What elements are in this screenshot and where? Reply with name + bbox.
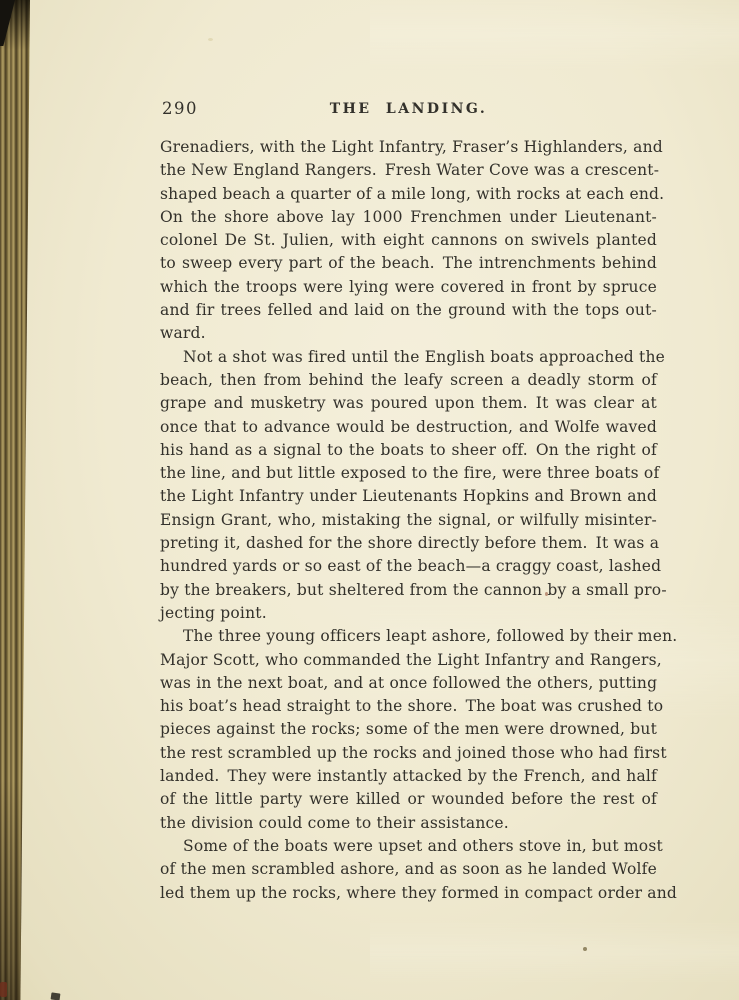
text-line: the New England Rangers. Fresh Water Cov… — [160, 159, 657, 182]
text-line: beach, then from behind the leafy screen… — [160, 369, 657, 392]
text-line: once that to advance would be destructio… — [160, 416, 657, 439]
text-line: of the little party were killed or wound… — [160, 788, 657, 811]
text-line: which the troops were lying were covered… — [160, 276, 657, 299]
text-line: hundred yards or so east of the beach—a … — [160, 555, 657, 578]
dust-speck — [208, 38, 213, 41]
text-line: and fir trees felled and laid on the gro… — [160, 299, 657, 322]
text-line: the line, and but little exposed to the … — [160, 462, 657, 485]
text-line: The three young officers leapt ashore, f… — [160, 625, 657, 648]
text-line: landed. They were instantly attacked by … — [160, 765, 657, 788]
book-edge-red-mark — [0, 982, 7, 997]
text-line: grape and musketry was poured upon them.… — [160, 392, 657, 415]
text-line: ward. — [160, 322, 657, 345]
text-line: the rest scrambled up the rocks and join… — [160, 742, 657, 765]
page: 290 THE LANDING. Grenadiers, with the Li… — [0, 0, 739, 1000]
dust-speck — [583, 947, 587, 951]
text-line: his boat’s head straight to the shore. T… — [160, 695, 657, 718]
text-line: his hand as a signal to the boats to she… — [160, 439, 657, 462]
text-line: of the men scrambled ashore, and as soon… — [160, 858, 657, 881]
text-line: Major Scott, who commanded the Light Inf… — [160, 649, 657, 672]
text-line: Some of the boats were upset and others … — [160, 835, 657, 858]
text-line: Grenadiers, with the Light Infantry, Fra… — [160, 136, 657, 159]
text-line: shaped beach a quarter of a mile long, w… — [160, 183, 657, 206]
text-line: Ensign Grant, who, mistaking the signal,… — [160, 509, 657, 532]
text-line: the division could come to their assista… — [160, 812, 657, 835]
text-line: led them up the rocks, where they formed… — [160, 882, 657, 905]
text-line: On the shore above lay 1000 Frenchmen un… — [160, 206, 657, 229]
text-line: to sweep every part of the beach. The in… — [160, 252, 657, 275]
book-edge-bottom-tick — [51, 992, 61, 1000]
book-page-scan: 290 THE LANDING. Grenadiers, with the Li… — [0, 0, 739, 1000]
text-line: Not a shot was fired until the English b… — [160, 346, 657, 369]
text-line: preting it, dashed for the shore directl… — [160, 532, 657, 555]
text-line: by the breakers, but sheltered from the … — [160, 579, 657, 602]
running-header: THE LANDING. — [160, 101, 657, 117]
text-block: Grenadiers, with the Light Infantry, Fra… — [160, 136, 657, 905]
text-line: the Light Infantry under Lieutenants Hop… — [160, 485, 657, 508]
text-line: pieces against the rocks; some of the me… — [160, 718, 657, 741]
text-line: colonel De St. Julien, with eight cannon… — [160, 229, 657, 252]
page-header: 290 THE LANDING. — [160, 99, 657, 119]
text-line: was in the next boat, and at once follow… — [160, 672, 657, 695]
text-line: jecting point. — [160, 602, 657, 625]
